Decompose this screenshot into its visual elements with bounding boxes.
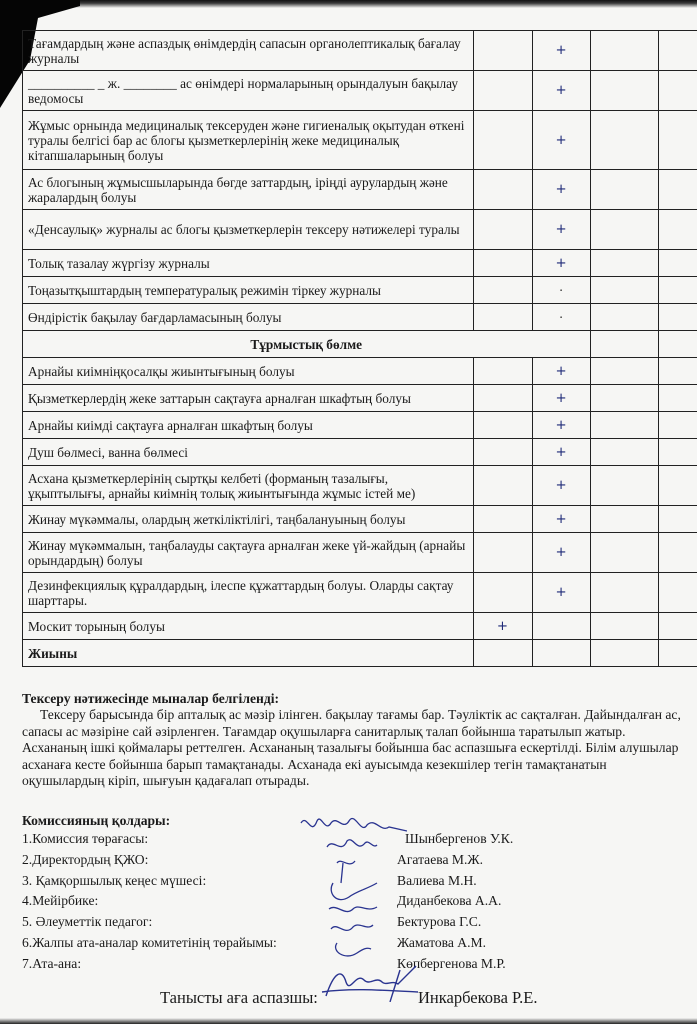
empty-cell [591, 71, 659, 111]
row-label: Жинау мүкәммалын, таңбалауды сақтауға ар… [23, 533, 474, 573]
check-cell: · [532, 304, 591, 331]
row-label: Тоңазытқыштардың температуралық режимін … [23, 277, 474, 304]
signature-scribbles-icon [297, 813, 407, 963]
check-cell: + [532, 412, 591, 439]
member-name: Диданбекова А.А. [397, 891, 501, 912]
empty-cell [659, 412, 697, 439]
row-label: Өндірістік бақылау бағдарламасының болуы [23, 304, 474, 331]
member-role: 1.Комиссия төрағасы: [22, 829, 148, 850]
row-label: Қызметкерлердің жеке заттарын сақтауға а… [23, 385, 474, 412]
table-row: Тағамдардың және аспаздық өнімдердің сап… [23, 31, 697, 71]
check-cell [474, 111, 533, 170]
check-cell [474, 304, 533, 331]
check-cell [474, 466, 533, 506]
signature-icon [320, 962, 420, 1002]
table-row: Ас блогының жұмысшыларында бөгде заттард… [23, 170, 697, 210]
member-role: 7.Ата-ана: [22, 954, 81, 975]
table-row: Қызметкерлердің жеке заттарын сақтауға а… [23, 385, 697, 412]
scan-top-edge [0, 0, 697, 8]
table-row: «Денсаулық» журналы ас блогы қызметкерле… [23, 210, 697, 250]
row-label: Жұмыс орнында медициналық тексеруден жән… [23, 111, 474, 170]
check-cell: + [532, 210, 591, 250]
row-label: Толық тазалау жүргізу журналы [23, 250, 474, 277]
empty-cell [591, 385, 659, 412]
row-label: «Денсаулық» журналы ас блогы қызметкерле… [23, 210, 474, 250]
empty-cell [591, 277, 659, 304]
table-row: Жинау мүкәммалын, таңбалауды сақтауға ар… [23, 533, 697, 573]
row-label: Арнайы киімніңқосалқы жиынтығының болуы [23, 358, 474, 385]
member-name: Жаматова А.М. [397, 933, 486, 954]
findings-heading: Тексеру нәтижесінде мыналар белгіленді: [22, 691, 692, 707]
row-label: Асхана қызметкерлерінің сыртқы келбеті (… [23, 466, 474, 506]
table-row: Толық тазалау жүргізу журналы+ [23, 250, 697, 277]
empty-cell [532, 640, 591, 667]
empty-cell [591, 358, 659, 385]
member-role: 6.Жалпы ата-аналар комитетінің төрайымы: [22, 933, 277, 954]
check-cell [474, 412, 533, 439]
check-cell [474, 385, 533, 412]
empty-cell [591, 439, 659, 466]
empty-cell [659, 31, 697, 71]
empty-cell [591, 412, 659, 439]
check-cell [474, 31, 533, 71]
empty-cell [659, 111, 697, 170]
check-cell [474, 170, 533, 210]
check-cell: + [532, 506, 591, 533]
member-name: Валиева М.Н. [397, 871, 477, 892]
row-label: __________ _ ж. ________ ас өнімдері нор… [23, 71, 474, 111]
empty-cell [659, 358, 697, 385]
check-cell: · [532, 277, 591, 304]
empty-cell [659, 640, 697, 667]
empty-cell [659, 613, 697, 640]
table-row: Асхана қызметкерлерінің сыртқы келбеті (… [23, 466, 697, 506]
table-row: Арнайы киімніңқосалқы жиынтығының болуы+ [23, 358, 697, 385]
table-row: Өндірістік бақылау бағдарламасының болуы… [23, 304, 697, 331]
table-row: Тоңазытқыштардың температуралық режимін … [23, 277, 697, 304]
empty-cell [591, 31, 659, 71]
check-cell: + [532, 385, 591, 412]
row-label: Душ бөлмесі, ванна бөлмесі [23, 439, 474, 466]
section-header-row: Тұрмыстық бөлме [23, 331, 697, 358]
empty-cell [659, 210, 697, 250]
checklist-table: Тағамдардың және аспаздық өнімдердің сап… [22, 30, 697, 667]
check-cell [474, 439, 533, 466]
empty-cell [591, 304, 659, 331]
check-cell: + [532, 358, 591, 385]
empty-cell [591, 533, 659, 573]
check-cell: + [474, 613, 533, 640]
empty-cell [591, 331, 659, 358]
table-row: Жұмыс орнында медициналық тексеруден жән… [23, 111, 697, 170]
check-cell: + [532, 170, 591, 210]
findings-body: Тексеру барысында бір апталық ас мәзір і… [22, 707, 692, 789]
check-cell [532, 613, 591, 640]
check-cell: + [532, 250, 591, 277]
empty-cell [591, 170, 659, 210]
member-role: 3. Қамқоршылық кеңес мүшесі: [22, 871, 206, 892]
check-cell [474, 277, 533, 304]
table-row: Арнайы киімді сақтауға арналған шкафтың … [23, 412, 697, 439]
row-label: Ас блогының жұмысшыларында бөгде заттард… [23, 170, 474, 210]
findings-block: Тексеру нәтижесінде мыналар белгіленді: … [22, 691, 692, 789]
row-label: Жинау мүкәммалы, олардың жеткіліктілігі,… [23, 506, 474, 533]
check-cell: + [532, 71, 591, 111]
total-label: Жиыны [23, 640, 474, 667]
check-cell [474, 358, 533, 385]
row-label: Москит торының болуы [23, 613, 474, 640]
member-name: Бектурова Г.С. [397, 912, 481, 933]
check-cell: + [532, 31, 591, 71]
empty-cell [591, 506, 659, 533]
acknowledged-label: Танысты аға аспазшы: [160, 988, 318, 1008]
acknowledged-name: Инкарбекова Р.Е. [418, 988, 537, 1008]
check-cell [474, 71, 533, 111]
empty-cell [659, 385, 697, 412]
empty-cell [591, 573, 659, 613]
empty-cell [659, 573, 697, 613]
row-label: Тағамдардың және аспаздық өнімдердің сап… [23, 31, 474, 71]
check-cell [474, 573, 533, 613]
check-cell [474, 506, 533, 533]
empty-cell [591, 640, 659, 667]
member-name: Агатаева М.Ж. [397, 850, 483, 871]
signatures-block: Комиссияның қолдары: 1.Комиссия төрағасы… [22, 813, 692, 975]
member-role: 2.Директордың ҚЖО: [22, 850, 148, 871]
check-cell [474, 250, 533, 277]
member-role: 5. Әлеуметтік педагог: [22, 912, 152, 933]
table-row: Душ бөлмесі, ванна бөлмесі+ [23, 439, 697, 466]
empty-cell [659, 277, 697, 304]
table-row: Москит торының болуы+ [23, 613, 697, 640]
table-row: Жинау мүкәммалы, олардың жеткіліктілігі,… [23, 506, 697, 533]
check-cell [474, 533, 533, 573]
table-row: Дезинфекциялық құралдардың, ілеспе құжат… [23, 573, 697, 613]
scan-bottom-edge [0, 1018, 697, 1024]
section-title: Тұрмыстық бөлме [23, 331, 591, 358]
row-label: Дезинфекциялық құралдардың, ілеспе құжат… [23, 573, 474, 613]
empty-cell [659, 506, 697, 533]
member-name: Шынбергенов У.К. [405, 829, 513, 850]
check-cell: + [532, 533, 591, 573]
empty-cell [659, 533, 697, 573]
empty-cell [591, 111, 659, 170]
empty-cell [659, 331, 697, 358]
empty-cell [659, 250, 697, 277]
empty-cell [591, 466, 659, 506]
total-row: Жиыны [23, 640, 697, 667]
member-role: 4.Мейірбике: [22, 891, 98, 912]
check-cell: + [532, 111, 591, 170]
check-cell [474, 210, 533, 250]
empty-cell [659, 466, 697, 506]
empty-cell [474, 640, 533, 667]
row-label: Арнайы киімді сақтауға арналған шкафтың … [23, 412, 474, 439]
check-cell: + [532, 439, 591, 466]
empty-cell [659, 71, 697, 111]
check-cell: + [532, 573, 591, 613]
empty-cell [659, 439, 697, 466]
table-row: __________ _ ж. ________ ас өнімдері нор… [23, 71, 697, 111]
empty-cell [659, 304, 697, 331]
empty-cell [591, 613, 659, 640]
empty-cell [591, 250, 659, 277]
empty-cell [591, 210, 659, 250]
empty-cell [659, 170, 697, 210]
check-cell: + [532, 466, 591, 506]
